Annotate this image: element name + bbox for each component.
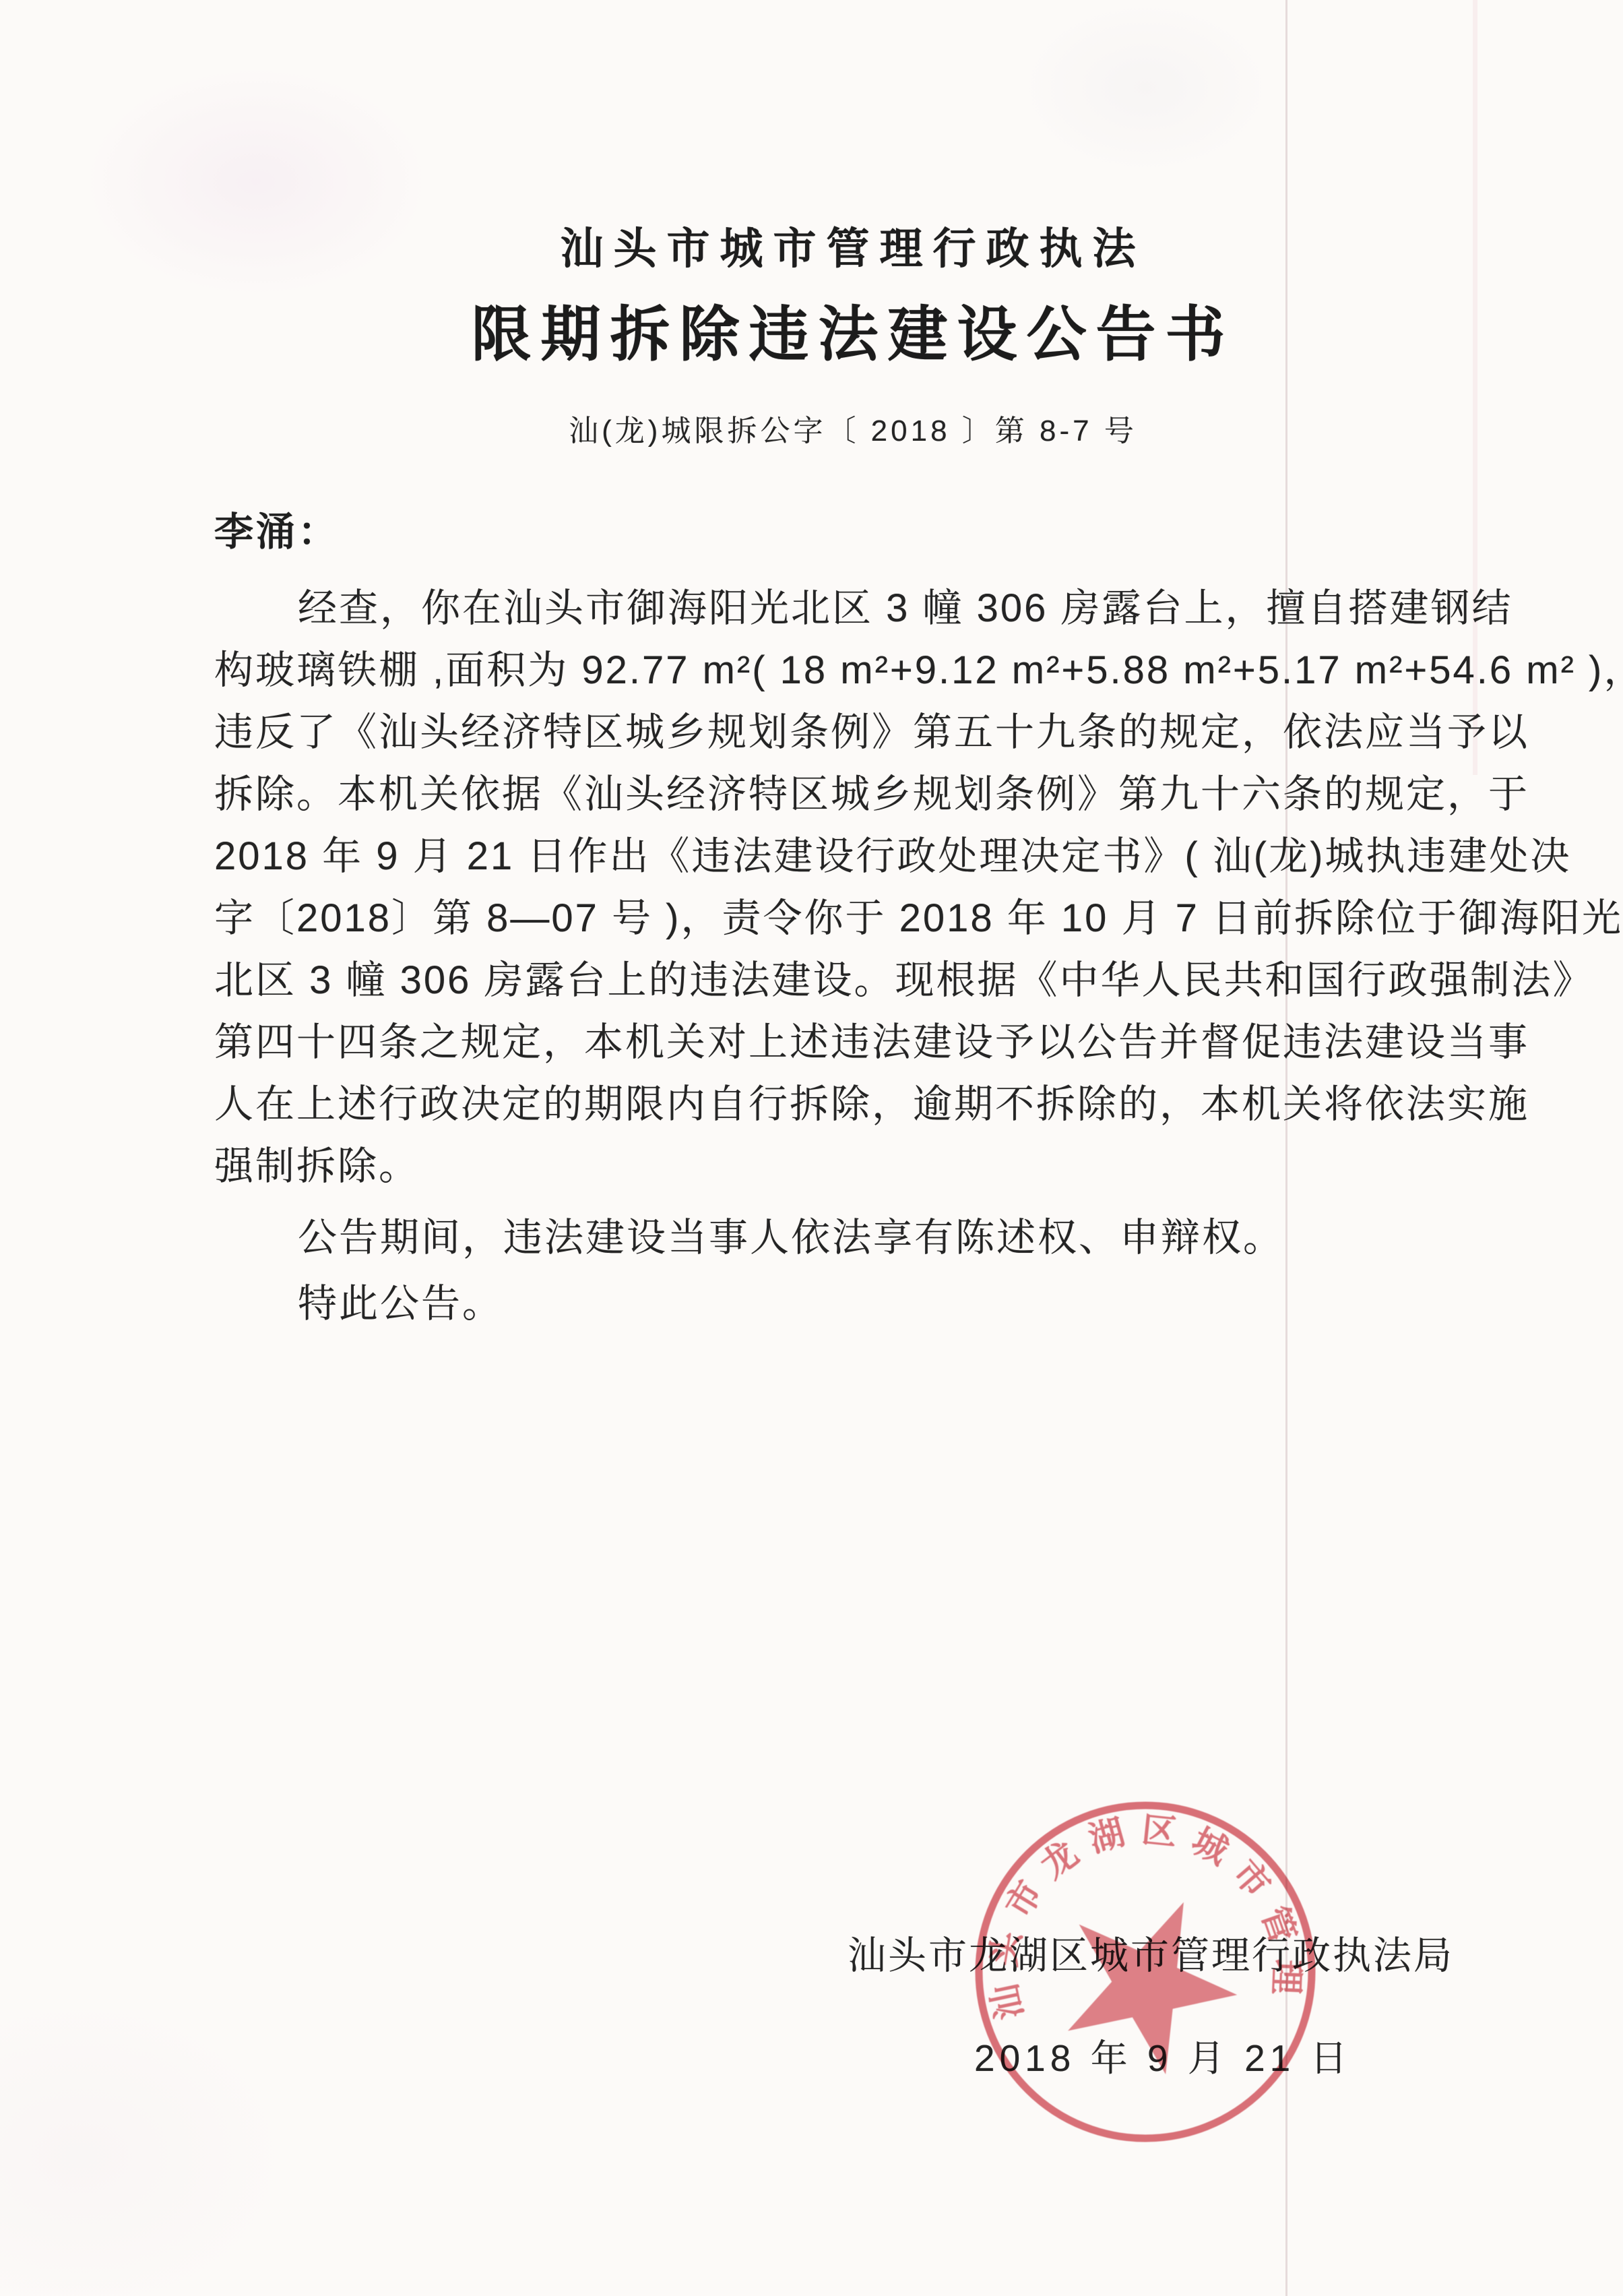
scanned-demolition-notice-page: 汕头市城市管理行政执法 限期拆除违法建设公告书 汕(龙)城限拆公字〔 2018 … — [0, 0, 1623, 2296]
body-line: 拆除。本机关依据《汕头经济特区城乡规划条例》第九十六条的规定，于 — [214, 764, 1462, 826]
document-number: 汕(龙)城限拆公字〔 2018 〕第 8-7 号 — [229, 406, 1477, 449]
body-line: 第四十四条之规定，本机关对上述违法建设予以公告并督促违法建设当事 — [214, 1012, 1462, 1074]
addressee-name: 李涌： — [214, 500, 340, 557]
body-line: 违反了《汕头经济特区城乡规划条例》第五十九条的规定，依法应当予以 — [214, 702, 1462, 764]
notice-title: 限期拆除违法建设公告书 — [229, 287, 1477, 373]
body-line: 强制拆除。 — [214, 1136, 1462, 1198]
notice-body: 经查，你在汕头市御海阳光北区 3 幢 306 房露台上，擅自搭建钢结 构玻璃铁棚… — [214, 578, 1462, 1335]
issuing-authority-title: 汕头市城市管理行政执法 — [229, 214, 1477, 276]
body-line: 2018 年 9 月 21 日作出《违法建设行政处理决定书》( 汕(龙)城执违建… — [214, 826, 1462, 888]
issue-date: 2018 年 9 月 21 日 — [974, 2028, 1454, 2082]
issuing-agency-signature: 汕头市龙湖区城市管理行政执法局 — [848, 1925, 1454, 1980]
body-line: 经查，你在汕头市御海阳光北区 3 幢 306 房露台上，擅自搭建钢结 — [214, 578, 1462, 640]
body-line: 人在上述行政决定的期限内自行拆除，逾期不拆除的，本机关将依法实施 — [214, 1074, 1462, 1136]
rights-statement-line: 公告期间，违法建设当事人依法享有陈述权、申辩权。 — [214, 1207, 1462, 1269]
closing-statement-line: 特此公告。 — [214, 1273, 1462, 1335]
body-line: 构玻璃铁棚 ,面积为 92.77 m²( 18 m²+9.12 m²+5.88 … — [214, 640, 1462, 702]
notice-header: 汕头市城市管理行政执法 限期拆除违法建设公告书 汕(龙)城限拆公字〔 2018 … — [229, 214, 1477, 449]
body-line: 北区 3 幢 306 房露台上的违法建设。现根据《中华人民共和国行政强制法》 — [214, 950, 1462, 1012]
signature-block: 汕头市龙湖区城市管理行政执法局 2018 年 9 月 21 日 — [848, 1925, 1454, 2082]
body-line: 字〔2018〕第 8—07 号 )，责令你于 2018 年 10 月 7 日前拆… — [214, 888, 1462, 950]
